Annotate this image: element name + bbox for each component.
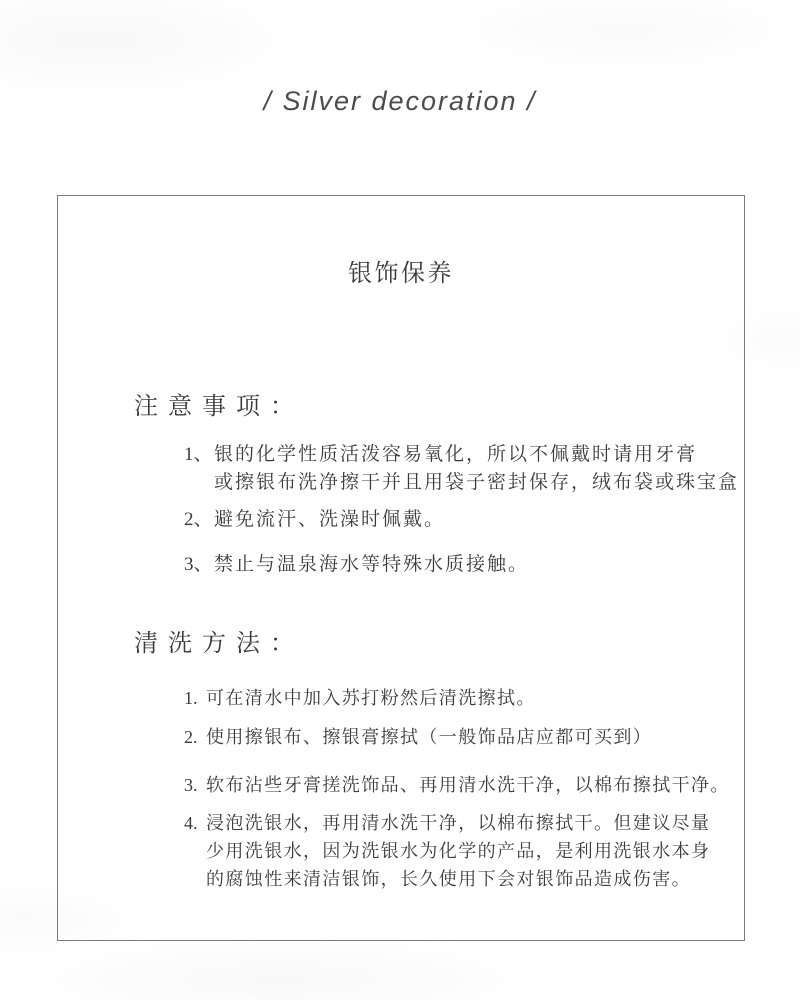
cleaning-item-3: 3. 软布沾些牙膏搓洗饰品、再用清水洗干净，以棉布擦拭干净。 — [184, 771, 730, 799]
list-item-number: 1. — [184, 684, 206, 712]
list-item-text: 软布沾些牙膏搓洗饰品、再用清水洗干净，以棉布擦拭干净。 — [206, 771, 730, 799]
list-item-text: 禁止与温泉海水等特殊水质接触。 — [214, 551, 529, 579]
list-item-number: 3、 — [184, 551, 214, 579]
precaution-item-3: 3、 禁止与温泉海水等特殊水质接触。 — [184, 551, 529, 579]
list-item-number: 2. — [184, 723, 206, 751]
list-item-number: 4. — [184, 809, 206, 837]
list-item-text: 避免流汗、洗澡时佩戴。 — [214, 506, 445, 534]
list-item-number: 2、 — [184, 506, 214, 534]
section-heading-precautions: 注意事项： — [134, 392, 304, 423]
page-header-title: / Silver decoration / — [0, 86, 800, 117]
list-item-text: 可在清水中加入苏打粉然后清洗擦拭。 — [206, 684, 536, 712]
list-item-text: 银的化学性质活泼容易氧化，所以不佩戴时请用牙膏 或擦银布洗净擦干并且用袋子密封保… — [214, 441, 739, 497]
list-item-number: 1、 — [184, 441, 214, 469]
product-care-page: / Silver decoration / 银饰保养 注意事项： 1、 银的化学… — [0, 0, 800, 1000]
precaution-item-1: 1、 银的化学性质活泼容易氧化，所以不佩戴时请用牙膏 或擦银布洗净擦干并且用袋子… — [184, 441, 739, 497]
section-heading-cleaning: 清洗方法： — [134, 629, 304, 660]
list-item-text: 浸泡洗银水，再用清水洗干净，以棉布擦拭干。但建议尽量 少用洗银水，因为洗银水为化… — [206, 809, 710, 893]
cleaning-item-4: 4. 浸泡洗银水，再用清水洗干净，以棉布擦拭干。但建议尽量 少用洗银水，因为洗银… — [184, 809, 710, 893]
cleaning-item-2: 2. 使用擦银布、擦银膏擦拭（一般饰品店应都可买到） — [184, 723, 652, 751]
card-title: 银饰保养 — [58, 258, 744, 290]
cleaning-item-1: 1. 可在清水中加入苏打粉然后清洗擦拭。 — [184, 684, 536, 712]
care-card: 银饰保养 注意事项： 1、 银的化学性质活泼容易氧化，所以不佩戴时请用牙膏 或擦… — [57, 195, 745, 941]
list-item-number: 3. — [184, 771, 206, 799]
precaution-item-2: 2、 避免流汗、洗澡时佩戴。 — [184, 506, 445, 534]
list-item-text: 使用擦银布、擦银膏擦拭（一般饰品店应都可买到） — [206, 723, 652, 751]
